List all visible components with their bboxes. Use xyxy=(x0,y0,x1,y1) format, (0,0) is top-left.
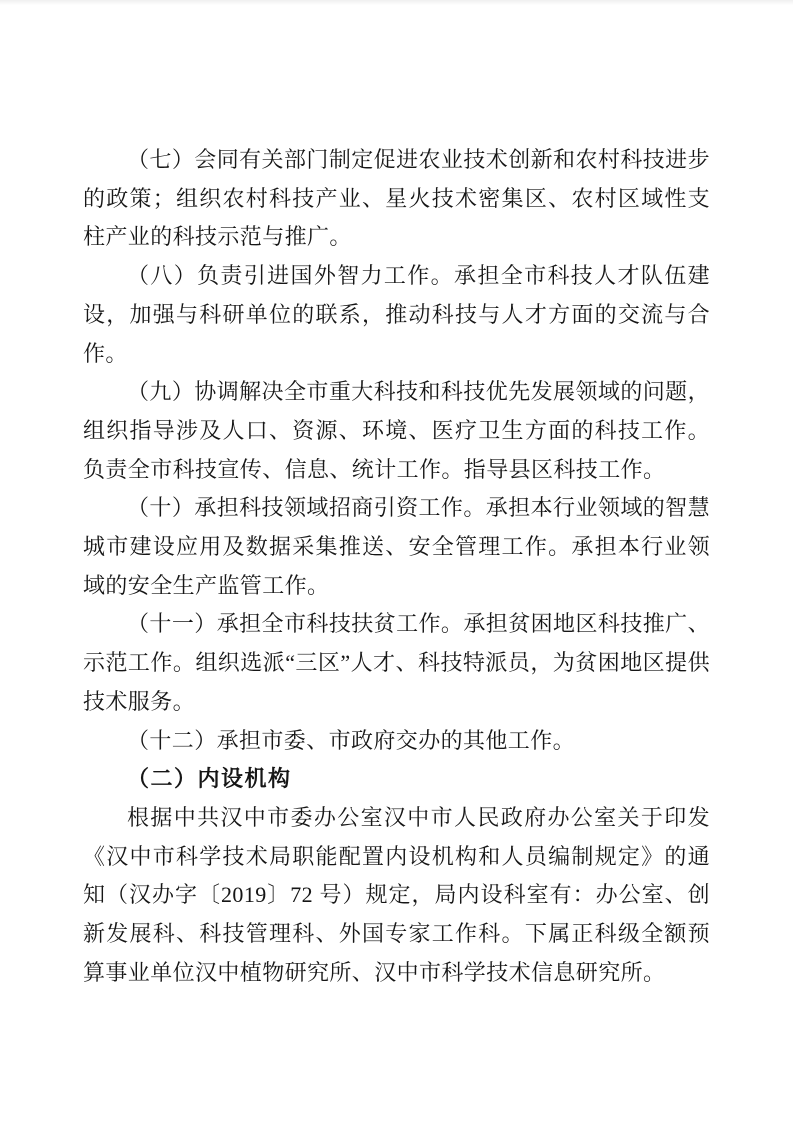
page-top-edge xyxy=(0,0,793,5)
section-heading-internal-structure: （二）内设机构 xyxy=(83,760,710,799)
paragraph-duty-8: （八）负责引进国外智力工作。承担全市科技人才队伍建设，加强与科研单位的联系，推动… xyxy=(83,257,710,373)
paragraph-duty-9: （九）协调解决全市重大科技和科技优先发展领域的问题，组织指导涉及人口、资源、环境… xyxy=(83,373,710,489)
paragraph-duty-7: （七）会同有关部门制定促进农业技术创新和农村科技进步的政策；组织农村科技产业、星… xyxy=(83,141,710,257)
paragraph-internal-structure-detail: 根据中共汉中市委办公室汉中市人民政府办公室关于印发《汉中市科学技术局职能配置内设… xyxy=(83,799,710,993)
document-page: （七）会同有关部门制定促进农业技术创新和农村科技进步的政策；组织农村科技产业、星… xyxy=(0,0,793,1122)
paragraph-duty-11: （十一）承担全市科技扶贫工作。承担贫困地区科技推广、示范工作。组织选派“三区”人… xyxy=(83,605,710,721)
paragraph-duty-12: （十二）承担市委、市政府交办的其他工作。 xyxy=(83,722,710,761)
paragraph-duty-10: （十）承担科技领域招商引资工作。承担本行业领域的智慧城市建设应用及数据采集推送、… xyxy=(83,489,710,605)
